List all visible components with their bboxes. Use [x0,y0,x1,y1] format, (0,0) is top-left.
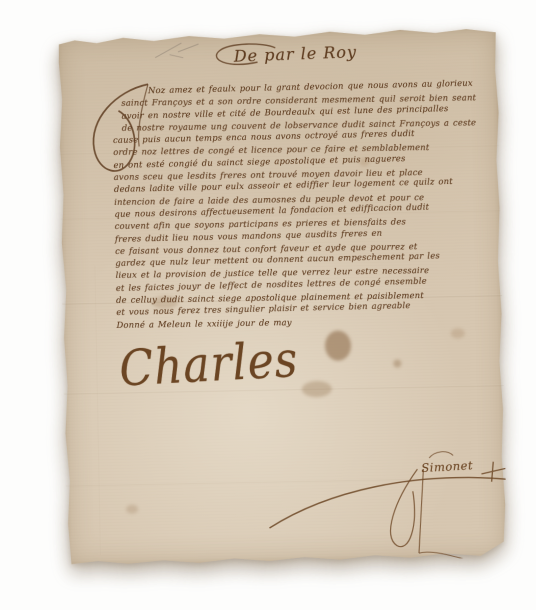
royal-signature: Charles [118,331,300,398]
letter-body: Noz amez et feaulx pour la grant devocio… [112,78,499,331]
secretary-countersignature: Simonet [421,458,473,475]
manuscript-page: De par le Roy Noz amez et feaulx pour la… [57,28,507,566]
